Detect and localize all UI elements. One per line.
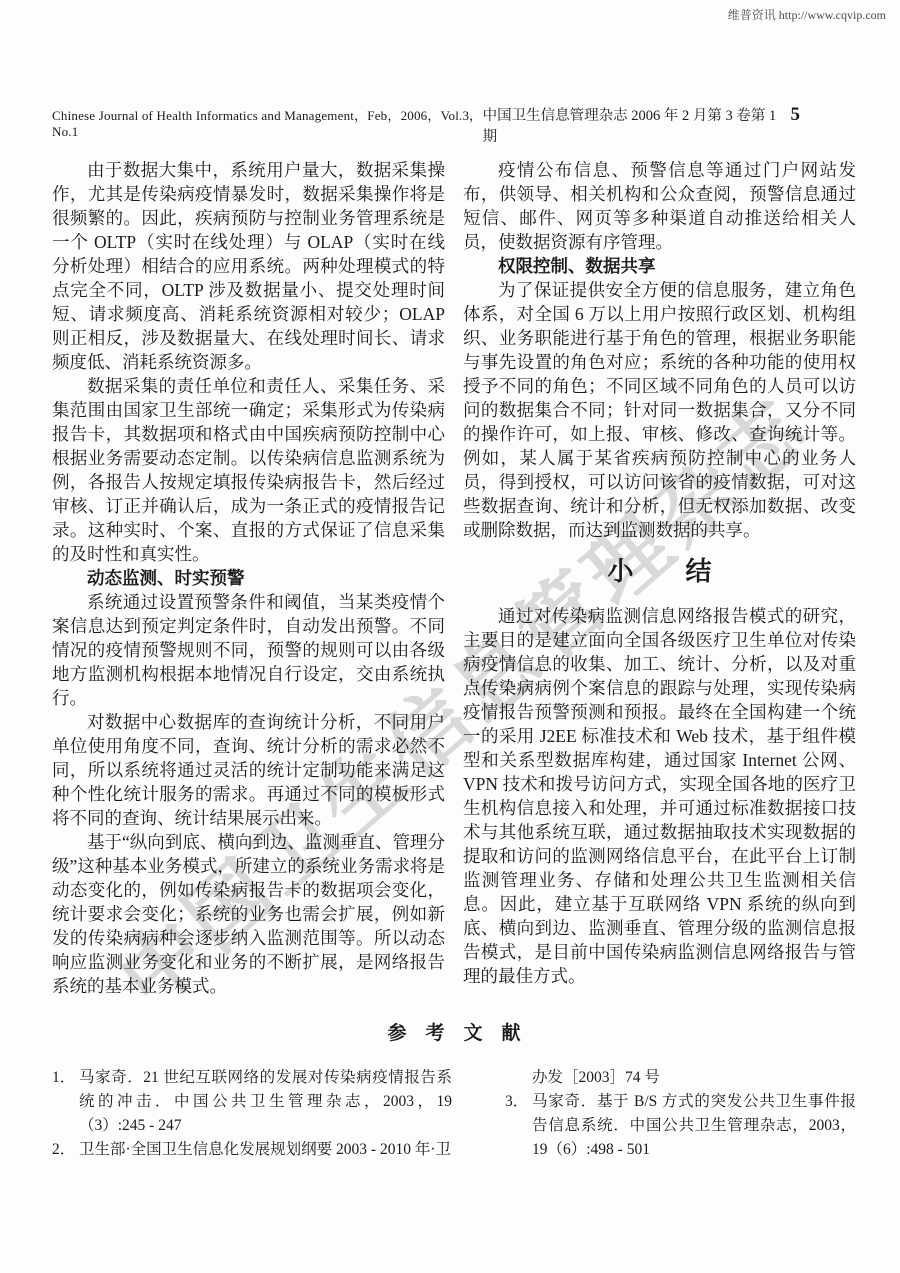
subsection-heading-dynamic-monitoring: 动态监测、时实预警 bbox=[52, 566, 445, 590]
reference-entry: 2． 卫生部·全国卫生信息化发展规划纲要 2003 - 2010 年·卫 bbox=[52, 1138, 452, 1162]
body-columns: 由于数据大集中，系统用户量大，数据采集操作，尤其是传染病疫情暴发时，数据采集操作… bbox=[52, 158, 856, 998]
body-paragraph: 疫情公布信息、预警信息等通过门户网站发布，供领导、相关机构和公众查阅，预警信息通… bbox=[463, 158, 856, 254]
journal-title-chinese: 中国卫生信息管理杂志 2006 年 2 月第 3 卷第 1 期 bbox=[483, 104, 777, 146]
section-heading-summary: 小 结 bbox=[463, 554, 856, 588]
subsection-heading-access-control: 权限控制、数据共享 bbox=[463, 254, 856, 278]
body-paragraph: 为了保证提供安全方便的信息服务，建立角色体系，对全国 6 万以上用户按照行政区划… bbox=[463, 278, 856, 542]
reference-text: 马家奇．基于 B/S 方式的突发公共卫生事件报告信息系统．中国公共卫生管理杂志，… bbox=[532, 1093, 856, 1158]
references-columns: 1． 马家奇．21 世纪互联网络的发展对传染病疫情报告系统的冲击．中国公共卫生管… bbox=[52, 1066, 856, 1162]
reference-text: 卫生部·全国卫生信息化发展规划纲要 2003 - 2010 年·卫 bbox=[79, 1141, 451, 1158]
reference-number: 1． bbox=[52, 1066, 75, 1090]
reference-entry: 3． 马家奇．基于 B/S 方式的突发公共卫生事件报告信息系统．中国公共卫生管理… bbox=[505, 1090, 856, 1162]
body-paragraph: 由于数据大集中，系统用户量大，数据采集操作，尤其是传染病疫情暴发时，数据采集操作… bbox=[52, 158, 445, 374]
body-paragraph: 通过对传染病监测信息网络报告模式的研究，主要目的是建立面向全国各级医疗卫生单位对… bbox=[463, 604, 856, 988]
body-paragraph: 数据采集的责任单位和责任人、采集任务、采集范围由国家卫生部统一确定；采集形式为传… bbox=[52, 374, 445, 566]
reference-number: 2． bbox=[52, 1138, 75, 1162]
references-left-column: 1． 马家奇．21 世纪互联网络的发展对传染病疫情报告系统的冲击．中国公共卫生管… bbox=[52, 1066, 452, 1162]
references-heading: 参 考 文 献 bbox=[52, 1022, 856, 1046]
reference-entry: 1． 马家奇．21 世纪互联网络的发展对传染病疫情报告系统的冲击．中国公共卫生管… bbox=[52, 1066, 452, 1138]
page-header: Chinese Journal of Health Informatics an… bbox=[52, 104, 856, 146]
references-right-column: 办发［2003］74 号 3． 马家奇．基于 B/S 方式的突发公共卫生事件报告… bbox=[505, 1066, 856, 1162]
reference-text: 办发［2003］74 号 bbox=[532, 1069, 660, 1086]
right-column: 疫情公布信息、预警信息等通过门户网站发布，供领导、相关机构和公众查阅，预警信息通… bbox=[463, 158, 856, 998]
reference-entry-continuation: 办发［2003］74 号 bbox=[505, 1066, 856, 1090]
journal-page: 维普资讯 http://www.cqvip.com 中国卫生信息管理杂志 Chi… bbox=[0, 0, 900, 1273]
reference-number: 3． bbox=[505, 1090, 528, 1114]
left-column: 由于数据大集中，系统用户量大，数据采集操作，尤其是传染病疫情暴发时，数据采集操作… bbox=[52, 158, 445, 998]
reference-text: 马家奇．21 世纪互联网络的发展对传染病疫情报告系统的冲击．中国公共卫生管理杂志… bbox=[79, 1069, 452, 1134]
references-section: 参 考 文 献 1． 马家奇．21 世纪互联网络的发展对传染病疫情报告系统的冲击… bbox=[52, 1022, 856, 1162]
page-number: 5 bbox=[791, 104, 801, 126]
body-paragraph: 对数据中心数据库的查询统计分析，不同用户单位使用角度不同，查询、统计分析的需求必… bbox=[52, 710, 445, 830]
body-paragraph: 系统通过设置预警条件和阈值，当某类疫情个案信息达到预定判定条件时，自动发出预警。… bbox=[52, 590, 445, 710]
scan-source-credit: 维普资讯 http://www.cqvip.com bbox=[728, 6, 886, 23]
body-paragraph: 基于“纵向到底、横向到边、监测垂直、管理分级”这种基本业务模式，所建立的系统业务… bbox=[52, 830, 445, 998]
journal-title-english: Chinese Journal of Health Informatics an… bbox=[52, 105, 483, 140]
